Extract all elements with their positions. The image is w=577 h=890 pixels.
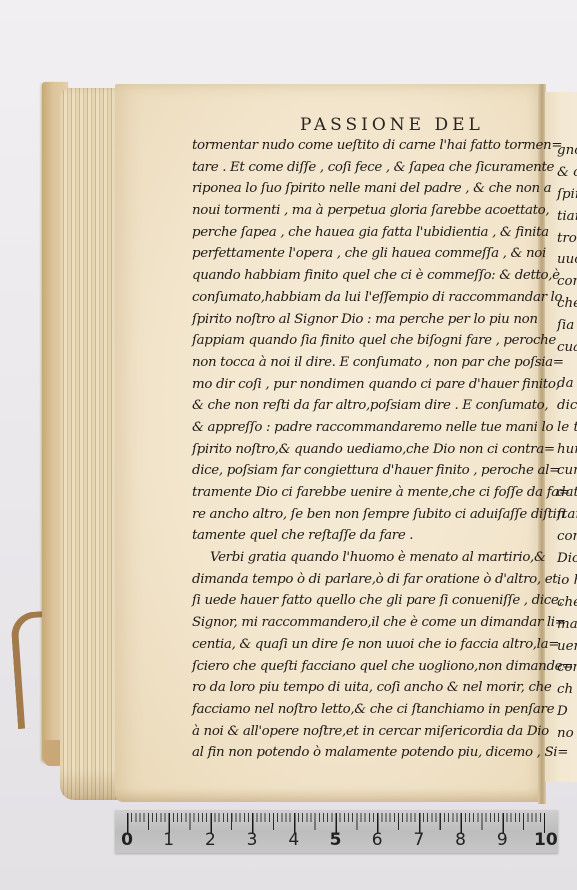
page-text-block: tormentar nudo come ueſtito di carne l'h… [192, 135, 522, 764]
text-line: riponea lo ſuo ſpirito nelle mani del pa… [192, 178, 522, 200]
ruler-label-0: 0 [117, 830, 137, 850]
text-line: ſciero che queſti facciano quel che uogl… [192, 656, 522, 678]
ruler-label-7: 7 [409, 830, 429, 850]
facing-line: da q [557, 373, 577, 395]
text-line: tamente quel che reſtaſſe da fare . [192, 525, 522, 547]
ruler-label-2: 2 [200, 830, 220, 850]
text-line: ſappiam quando ſia finito quel che biſog… [192, 330, 522, 352]
facing-line: uuol [557, 249, 577, 271]
ruler-label-6: 6 [367, 830, 387, 850]
text-line: al fin non potendo ò malamente potendo p… [192, 742, 522, 764]
facing-page-text: gno & c ſpir tian tro c uuol conſ che ſi… [557, 140, 577, 745]
facing-line: ma [557, 614, 577, 636]
text-line: ro da loro piu tempo di uita, coſi ancho… [192, 677, 522, 699]
facing-line: ſia p [557, 315, 577, 337]
ruler-label-8: 8 [451, 830, 471, 850]
facing-line: ſpir [557, 184, 577, 206]
text-line: Signor, mi raccommandero,il che è come u… [192, 612, 522, 634]
facing-line: ch [557, 679, 577, 701]
facing-line: tro c [557, 228, 577, 250]
text-line: perfettamente l'opera , che gli hauea co… [192, 243, 522, 265]
facing-line: & c [557, 162, 577, 184]
text-line: & che non reſti da far altro,poſsiam dir… [192, 395, 522, 417]
facing-line: uer [557, 636, 577, 658]
text-line: perche ſapea , che hauea gia fatta l'ubi… [192, 222, 522, 244]
ruler-label-9: 9 [492, 830, 512, 850]
text-line: mo dir coſi , pur nondimen quando ci par… [192, 374, 522, 396]
text-line: conſumato,habbiam da lui l'eſſempio di r… [192, 287, 522, 309]
text-line: tare . Et come diſſe , coſi fece , & ſap… [192, 157, 522, 179]
facing-line: cun [557, 460, 577, 482]
page-fore-edge-stack [60, 88, 120, 800]
text-line: à noi & all'opere noſtre,et in cercar mi… [192, 721, 522, 743]
facing-line: conſ [557, 271, 577, 293]
facing-line: tian [557, 206, 577, 228]
text-line: dice, poſsiam far congiettura d'hauer fi… [192, 460, 522, 482]
text-line: ſpirito noſtro al Signor Dio : ma perche… [192, 309, 522, 331]
text-line: ſpirito noſtro,& quando uediamo,che Dio … [192, 439, 522, 461]
text-line: centia, & quaſi un dire ſe non uuoi che … [192, 634, 522, 656]
facing-line: che [557, 293, 577, 315]
ruler-label-4: 4 [284, 830, 304, 850]
ruler-label-10: 10 [534, 830, 554, 850]
text-line: non tocca à noi il dire. E conſumato , n… [192, 352, 522, 374]
paragraph-start-line: Verbi gratia quando l'huomo è menato al … [192, 547, 522, 569]
text-line: & appreſſo : padre raccommandaremo nelle… [192, 417, 522, 439]
facing-line: che [557, 592, 577, 614]
text-line: dimanda tempo ò di parlare,ò di far orat… [192, 569, 522, 591]
facing-line: dat [557, 482, 577, 504]
facing-line: no [557, 723, 577, 745]
running-head: PASSIONE DEL [300, 115, 484, 135]
text-line: ſi uede hauer fatto quello che gli pare … [192, 590, 522, 612]
text-line: tormentar nudo come ueſtito di carne l'h… [192, 135, 522, 157]
ruler-label-1: 1 [159, 830, 179, 850]
ruler-label-3: 3 [242, 830, 262, 850]
facing-line: cua [557, 337, 577, 359]
facing-line: le t [557, 417, 577, 439]
facing-line: dice [557, 395, 577, 417]
ruler-label-5: 5 [326, 830, 346, 850]
facing-line: io h [557, 570, 577, 592]
text-line: tramente Dio ci farebbe uenire à mente,c… [192, 482, 522, 504]
facing-line: gno [557, 140, 577, 162]
facing-line: ſtan [557, 504, 577, 526]
facing-line: com [557, 526, 577, 548]
facing-line: hun [557, 439, 577, 461]
scale-ruler: 0 1 2 3 4 5 6 7 8 9 10 [115, 810, 558, 853]
facing-line: Dio [557, 548, 577, 570]
text-line: quando habbiam finito quel che ci è comm… [192, 265, 522, 287]
text-line: facciamo nel noſtro letto,& che ci ſtanc… [192, 699, 522, 721]
text-line: re ancho altro, ſe ben non ſempre ſubito… [192, 504, 522, 526]
facing-line: D [557, 701, 577, 723]
text-line: noui tormenti , ma à perpetua gloria ſar… [192, 200, 522, 222]
facing-line: con [557, 657, 577, 679]
